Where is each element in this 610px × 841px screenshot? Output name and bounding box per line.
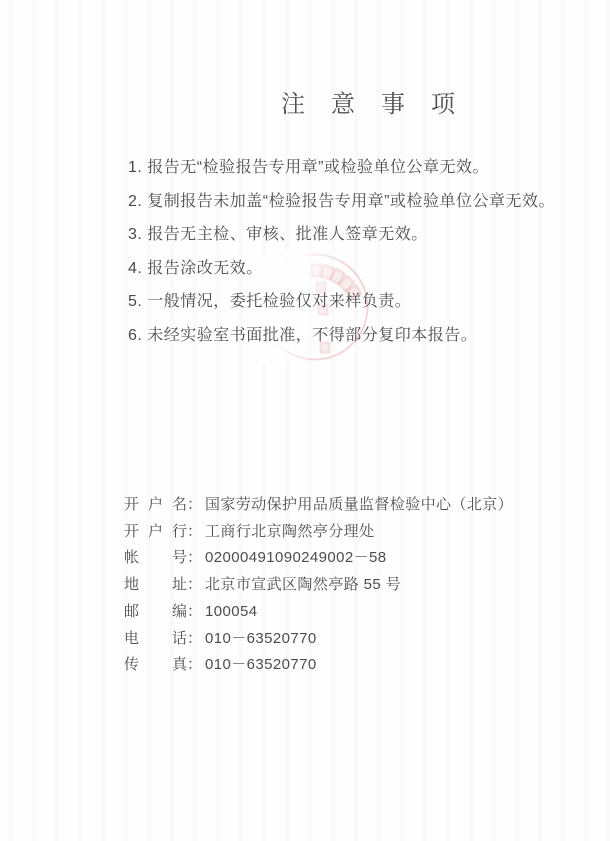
scan-streaks-texture bbox=[0, 0, 610, 841]
row-label: 邮编 bbox=[124, 599, 187, 626]
row-colon: ： bbox=[187, 576, 202, 593]
row-colon: ： bbox=[187, 656, 202, 673]
notice-item-3: 3. 报告无主检、审核、批准人签章无效。 bbox=[128, 218, 555, 252]
contact-block: 开户名：国家劳动保护用品质量监督检验中心（北京） 开户行：工商行北京陶然亭分理处… bbox=[124, 492, 513, 679]
row-value: 北京市宣武区陶然亭路 55 号 bbox=[205, 576, 401, 593]
contact-row-phone: 电话：010－63520770 bbox=[124, 626, 513, 653]
row-label: 传真 bbox=[124, 652, 187, 679]
row-label: 电话 bbox=[124, 626, 187, 653]
row-label: 开户行 bbox=[124, 519, 187, 546]
row-label: 开户名 bbox=[124, 492, 187, 519]
contact-row-postcode: 邮编：100054 bbox=[124, 599, 513, 626]
row-value: 010－63520770 bbox=[205, 656, 317, 673]
row-colon: ： bbox=[187, 523, 202, 540]
notice-item-5: 5. 一般情况，委托检验仅对来样负责。 bbox=[128, 285, 555, 319]
row-value: 工商行北京陶然亭分理处 bbox=[205, 523, 374, 540]
row-value: 02000491090249002－58 bbox=[205, 549, 387, 566]
page-title: 注意事项 bbox=[281, 84, 481, 119]
contact-row-account-number: 帐号：02000491090249002－58 bbox=[124, 545, 513, 572]
contact-row-fax: 传真：010－63520770 bbox=[124, 652, 513, 679]
notice-item-2: 2. 复制报告未加盖“检验报告专用章”或检验单位公章无效。 bbox=[128, 185, 555, 219]
row-value: 100054 bbox=[205, 603, 257, 620]
row-label: 帐号 bbox=[124, 545, 187, 572]
row-colon: ： bbox=[187, 603, 202, 620]
row-colon: ： bbox=[187, 496, 202, 513]
contact-row-address: 地址：北京市宣武区陶然亭路 55 号 bbox=[124, 572, 513, 599]
row-label: 地址 bbox=[124, 572, 187, 599]
notice-item-4: 4. 报告涂改无效。 bbox=[128, 252, 555, 286]
contact-row-bank: 开户行：工商行北京陶然亭分理处 bbox=[124, 519, 513, 546]
document-page: 注意事项 1. 报告无“检验报告专用章”或检验单位公章无效。 2. 复制报告未加… bbox=[0, 0, 610, 841]
row-colon: ： bbox=[187, 630, 202, 647]
row-value: 010－63520770 bbox=[205, 630, 317, 647]
contact-row-account-name: 开户名：国家劳动保护用品质量监督检验中心（北京） bbox=[124, 492, 513, 519]
notice-list: 1. 报告无“检验报告专用章”或检验单位公章无效。 2. 复制报告未加盖“检验报… bbox=[128, 151, 555, 353]
row-colon: ： bbox=[187, 549, 202, 566]
notice-item-6: 6. 未经实验室书面批准，不得部分复印本报告。 bbox=[128, 319, 555, 353]
row-value: 国家劳动保护用品质量监督检验中心（北京） bbox=[205, 496, 513, 513]
notice-item-1: 1. 报告无“检验报告专用章”或检验单位公章无效。 bbox=[128, 151, 555, 185]
